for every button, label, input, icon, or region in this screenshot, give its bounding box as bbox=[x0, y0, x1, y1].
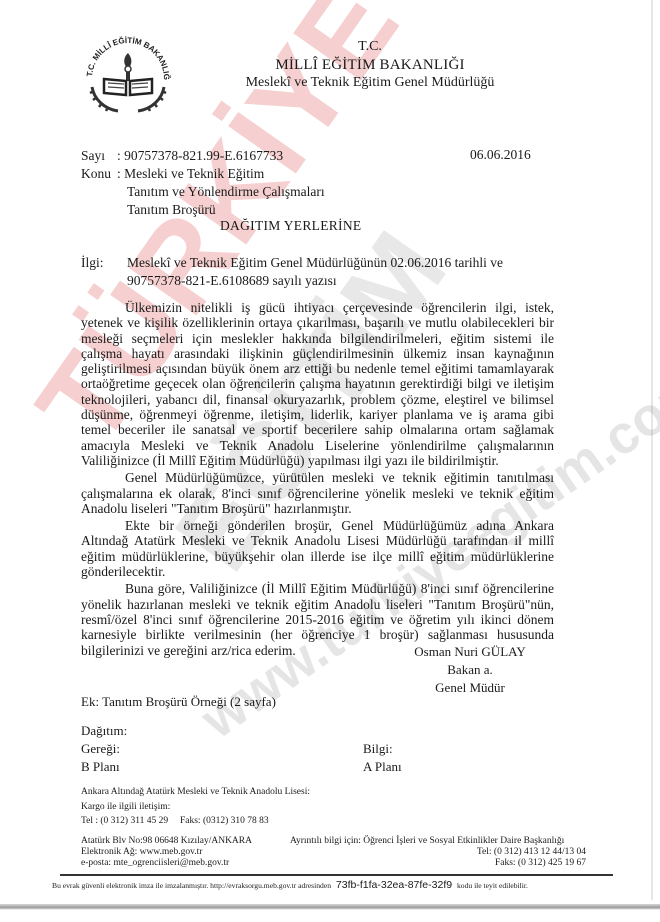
ilgi-text: Meslekî ve Teknik Eğitim Genel Müdürlüğü… bbox=[127, 254, 551, 290]
letterhead-tc: T.C. bbox=[190, 38, 550, 56]
sayi-value: : 90757378-821.99-E.6167733 bbox=[117, 147, 283, 165]
signature-block: Osman Nuri GÜLAY Bakan a. Genel Müdür bbox=[400, 643, 540, 697]
footer-school: Ankara Altındağ Atatürk Mesleki ve Tekni… bbox=[81, 785, 310, 800]
footer-school-phone: Tel : (0 312) 311 45 29 Faks: (0312) 310… bbox=[81, 814, 310, 829]
distribution-label: Dağıtım: bbox=[81, 722, 127, 740]
letterhead-directorate: Meslekî ve Teknik Eğitim Genel Müdürlüğü bbox=[190, 74, 550, 92]
sayi-label: Sayı bbox=[81, 147, 117, 165]
meb-emblem-icon: T.C. MİLLÎ EĞİTİM BAKANLIĞI bbox=[78, 27, 178, 119]
distribution: Dağıtım: Gereği: B Planı bbox=[81, 722, 127, 776]
bilgi-label: Bilgi: bbox=[363, 740, 402, 758]
reference: İlgi: Meslekî ve Teknik Eğitim Genel Müd… bbox=[81, 254, 551, 290]
gereği-value: B Planı bbox=[81, 758, 127, 776]
signatory-title: Genel Müdür bbox=[400, 679, 540, 697]
verification-prefix: Bu evrak güvenli elektronik imza ile imz… bbox=[52, 881, 331, 890]
footer-web: Elektronik Ağ: www.meb.gov.tr bbox=[81, 847, 252, 858]
footer-email: e-posta: mte_ogrenciisleri@meb.gov.tr bbox=[81, 858, 252, 869]
svg-text:T.C. MİLLÎ EĞİTİM BAKANLIĞI: T.C. MİLLÎ EĞİTİM BAKANLIĞI bbox=[78, 27, 171, 80]
paragraph-3: Ekte bir örneği gönderilen broşür, Genel… bbox=[81, 518, 554, 579]
footer-address-block: Atatürk Blv No:98 06648 Kızılay/ANKARA E… bbox=[81, 836, 252, 869]
logo-text: T.C. MİLLÎ EĞİTİM BAKANLIĞI bbox=[78, 27, 171, 80]
footer-info-block: Ayrıntılı bilgi için: Öğrenci İşleri ve … bbox=[290, 836, 586, 869]
document-date: 06.06.2016 bbox=[470, 147, 531, 163]
paragraph-1: Ülkemizin nitelikli iş gücü ihtiyacı çer… bbox=[81, 300, 554, 468]
konu-line-1: : Mesleki ve Teknik Eğitim bbox=[117, 165, 264, 183]
konu-line-2: Tanıtım ve Yönlendirme Çalışmaları bbox=[81, 183, 325, 201]
footer-address: Atatürk Blv No:98 06648 Kızılay/ANKARA bbox=[81, 836, 252, 847]
signatory-name: Osman Nuri GÜLAY bbox=[400, 643, 540, 661]
letterhead: T.C. MİLLÎ EĞİTİM BAKANLIĞI Meslekî ve T… bbox=[190, 38, 550, 92]
recipients-heading: DAĞITIM YERLERİNE bbox=[220, 218, 361, 234]
footer-info: Ayrıntılı bilgi için: Öğrenci İşleri ve … bbox=[290, 836, 586, 847]
signatory-on-behalf: Bakan a. bbox=[400, 661, 540, 679]
verification-suffix: kodu ile teyit edilebilir. bbox=[457, 881, 528, 890]
page-edge bbox=[651, 0, 653, 900]
distribution-info: Bilgi: A Planı bbox=[363, 740, 402, 776]
verification-code: 73fb-f1fa-32ea-87fe-32f9 bbox=[336, 879, 452, 891]
konu-line-3: Tanıtım Broşürü bbox=[81, 201, 325, 219]
footer-divider bbox=[60, 874, 613, 876]
page-bottom-shadow bbox=[0, 904, 660, 910]
verification-line: Bu evrak güvenli elektronik imza ile imz… bbox=[52, 879, 528, 891]
footer-info-fax: Faks: (0 312) 425 19 67 bbox=[290, 858, 586, 869]
attachment-note: Ek: Tanıtım Broşürü Örneği (2 sayfa) bbox=[81, 694, 276, 710]
bilgi-value: A Planı bbox=[363, 758, 402, 776]
gereği-label: Gereği: bbox=[81, 740, 127, 758]
document-meta: Sayı : 90757378-821.99-E.6167733 Konu : … bbox=[81, 147, 325, 219]
paragraph-2: Genel Müdürlüğümüzce, yürütülen mesleki … bbox=[81, 470, 554, 516]
letterhead-ministry: MİLLÎ EĞİTİM BAKANLIĞI bbox=[190, 56, 550, 74]
footer-cargo: Kargo ile ilgili iletişim: bbox=[81, 800, 310, 815]
ilgi-label: İlgi: bbox=[81, 254, 127, 290]
footer-school-contact: Ankara Altındağ Atatürk Mesleki ve Tekni… bbox=[81, 785, 310, 829]
footer-info-tel: Tel: (0 312) 413 12 44/13 04 bbox=[290, 847, 586, 858]
konu-label: Konu bbox=[81, 165, 117, 183]
letter-body: Ülkemizin nitelikli iş gücü ihtiyacı çer… bbox=[81, 300, 554, 660]
